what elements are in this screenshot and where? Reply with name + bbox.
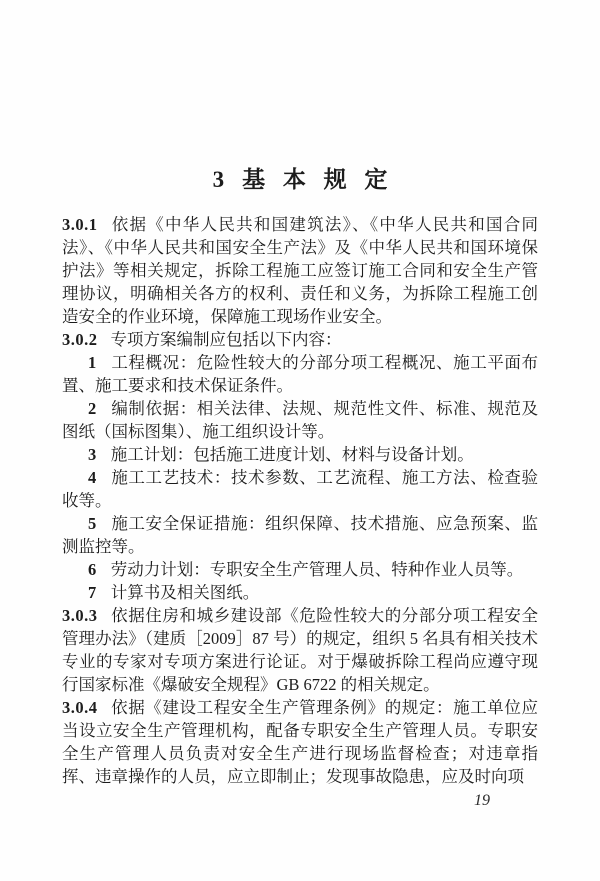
list-item-5: 5施工安全保证措施：组织保障、技术措施、应急预案、监测监控等。 [62, 512, 538, 558]
document-page: 3基 本 规 定 3.0.1依据《中华人民共和国建筑法》、《中华人民共和国合同法… [0, 0, 600, 881]
item-text: 计算书及相关图纸。 [111, 583, 260, 602]
list-item-4: 4施工工艺技术：技术参数、工艺流程、施工方法、检查验收等。 [62, 466, 538, 512]
list-item-1: 1工程概况：危险性较大的分部分项工程概况、施工平面布置、施工要求和技术保证条件。 [62, 351, 538, 397]
item-text: 施工安全保证措施：组织保障、技术措施、应急预案、监测监控等。 [62, 514, 538, 556]
list-item-6: 6劳动力计划：专职安全生产管理人员、特种作业人员等。 [62, 558, 538, 581]
clause-3-0-1: 3.0.1依据《中华人民共和国建筑法》、《中华人民共和国合同法》、《中华人民共和… [62, 213, 538, 328]
clause-3-0-2: 3.0.2专项方案编制应包括以下内容： [62, 328, 538, 351]
item-text: 施工计划：包括施工进度计划、材料与设备计划。 [111, 445, 474, 464]
chapter-title-text: 基 本 规 定 [242, 167, 387, 192]
clause-text: 依据《中华人民共和国建筑法》、《中华人民共和国合同法》、《中华人民共和国安全生产… [62, 215, 538, 326]
list-item-7: 7计算书及相关图纸。 [62, 581, 538, 604]
clause-3-0-3: 3.0.3依据住房和城乡建设部《危险性较大的分部分项工程安全管理办法》（建质［2… [62, 604, 538, 696]
body-text: 3.0.1依据《中华人民共和国建筑法》、《中华人民共和国合同法》、《中华人民共和… [62, 213, 538, 788]
item-number: 4 [88, 468, 97, 487]
list-item-3: 3施工计划：包括施工进度计划、材料与设备计划。 [62, 443, 538, 466]
clause-text: 专项方案编制应包括以下内容： [111, 330, 342, 349]
clause-text: 依据住房和城乡建设部《危险性较大的分部分项工程安全管理办法》（建质［2009］8… [62, 606, 538, 694]
clause-3-0-4: 3.0.4依据《建设工程安全生产管理条例》的规定：施工单位应当设立安全生产管理机… [62, 696, 538, 788]
page-number: 19 [460, 792, 504, 810]
chapter-number: 3 [213, 167, 225, 192]
item-number: 7 [88, 583, 97, 602]
clause-number: 3.0.2 [62, 330, 98, 349]
chapter-title: 3基 本 规 定 [0, 161, 600, 194]
item-text: 工程概况：危险性较大的分部分项工程概况、施工平面布置、施工要求和技术保证条件。 [62, 353, 538, 395]
item-text: 编制依据：相关法律、法规、规范性文件、标准、规范及图纸（国标图集）、施工组织设计… [62, 399, 538, 441]
item-number: 6 [88, 560, 97, 579]
list-item-2: 2编制依据：相关法律、法规、规范性文件、标准、规范及图纸（国标图集）、施工组织设… [62, 397, 538, 443]
item-number: 2 [88, 399, 97, 418]
item-text: 劳动力计划：专职安全生产管理人员、特种作业人员等。 [111, 560, 524, 579]
clause-number: 3.0.3 [62, 606, 98, 625]
item-text: 施工工艺技术：技术参数、工艺流程、施工方法、检查验收等。 [62, 468, 538, 510]
clause-number: 3.0.1 [62, 215, 98, 234]
item-number: 3 [88, 445, 97, 464]
item-number: 5 [88, 514, 97, 533]
clause-number: 3.0.4 [62, 698, 98, 717]
clause-text: 依据《建设工程安全生产管理条例》的规定：施工单位应当设立安全生产管理机构，配备专… [62, 698, 538, 786]
item-number: 1 [88, 353, 97, 372]
